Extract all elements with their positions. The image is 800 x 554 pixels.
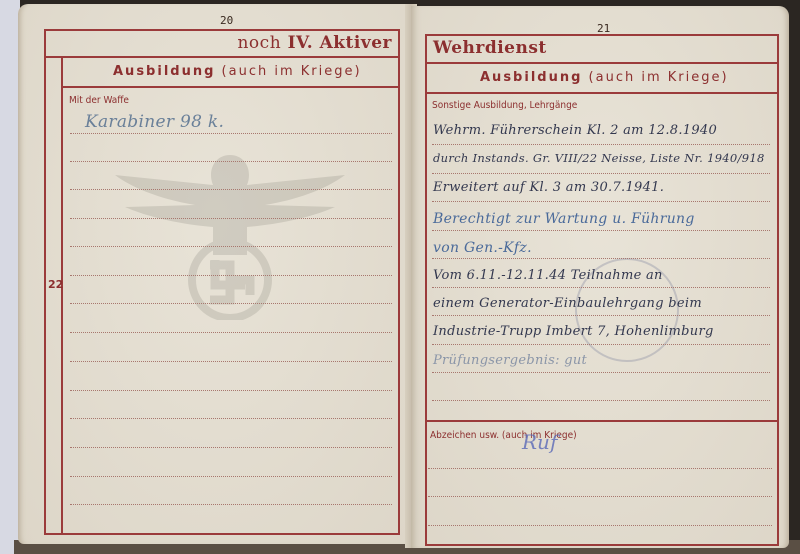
right-page-header: Wehrdienst [433, 38, 547, 58]
entry-line [70, 218, 392, 219]
background-left [0, 0, 20, 554]
left-page-subheader: Ausbildung (auch im Kriege) [113, 64, 362, 79]
right-subheader-divider [425, 92, 779, 94]
entry-line [432, 173, 770, 174]
entry-line [70, 504, 392, 505]
entry-line [432, 144, 770, 145]
entry-line [70, 332, 392, 333]
entry-line [432, 230, 770, 231]
left-header-divider [44, 56, 400, 58]
entry-line [70, 390, 392, 391]
training-entry-8: Industrie-Trupp Imbert 7, Hohenlimburg [433, 324, 714, 339]
entry-line [70, 246, 392, 247]
entry-line [70, 476, 392, 477]
entry-line [70, 418, 392, 419]
entry-line [432, 201, 770, 202]
signature: Ruf [522, 430, 557, 454]
margin-number: 22 [48, 278, 63, 291]
entry-line [428, 468, 772, 469]
training-entry-5: von Gen.-Kfz. [433, 240, 532, 256]
training-entry-3: Erweitert auf Kl. 3 am 30.7.1941. [433, 180, 664, 195]
entry-line [432, 315, 770, 316]
entry-line [70, 275, 392, 276]
entry-line [70, 161, 392, 162]
training-entry-6: Vom 6.11.-12.11.44 Teilnahme an [433, 268, 663, 283]
left-subheader-divider [61, 86, 400, 88]
entry-line [432, 400, 770, 401]
entry-line [432, 344, 770, 345]
entry-line [70, 361, 392, 362]
training-entry-2: durch Instands. Gr. VIII/22 Neisse, List… [433, 151, 765, 165]
entry-line [428, 496, 772, 497]
weapon-entry: Karabiner 98 k. [85, 112, 224, 132]
training-section-label: Sonstige Ausbildung, Lehrgänge [432, 100, 577, 111]
left-page-header: noch IV. Aktiver [237, 33, 392, 53]
right-header-divider [425, 62, 779, 64]
entry-line [70, 189, 392, 190]
entry-line [432, 372, 770, 373]
entry-line [70, 133, 392, 134]
training-entry-9: Prüfungsergebnis: gut [433, 353, 587, 368]
right-page-subheader: Ausbildung (auch im Kriege) [480, 70, 729, 85]
entry-line [428, 525, 772, 526]
training-entry-1: Wehrm. Führerschein Kl. 2 am 12.8.1940 [433, 123, 717, 138]
training-entry-7: einem Generator-Einbaulehrgang beim [433, 296, 702, 311]
weapon-section-label: Mit der Waffe [69, 95, 129, 106]
entry-line [432, 287, 770, 288]
right-section-divider [425, 420, 779, 422]
training-entry-4: Berechtigt zur Wartung u. Führung [433, 211, 695, 227]
entry-line [70, 303, 392, 304]
entry-line [70, 447, 392, 448]
entry-line [432, 258, 770, 259]
page-number-left: 20 [220, 14, 233, 27]
left-margin-column [61, 56, 63, 535]
